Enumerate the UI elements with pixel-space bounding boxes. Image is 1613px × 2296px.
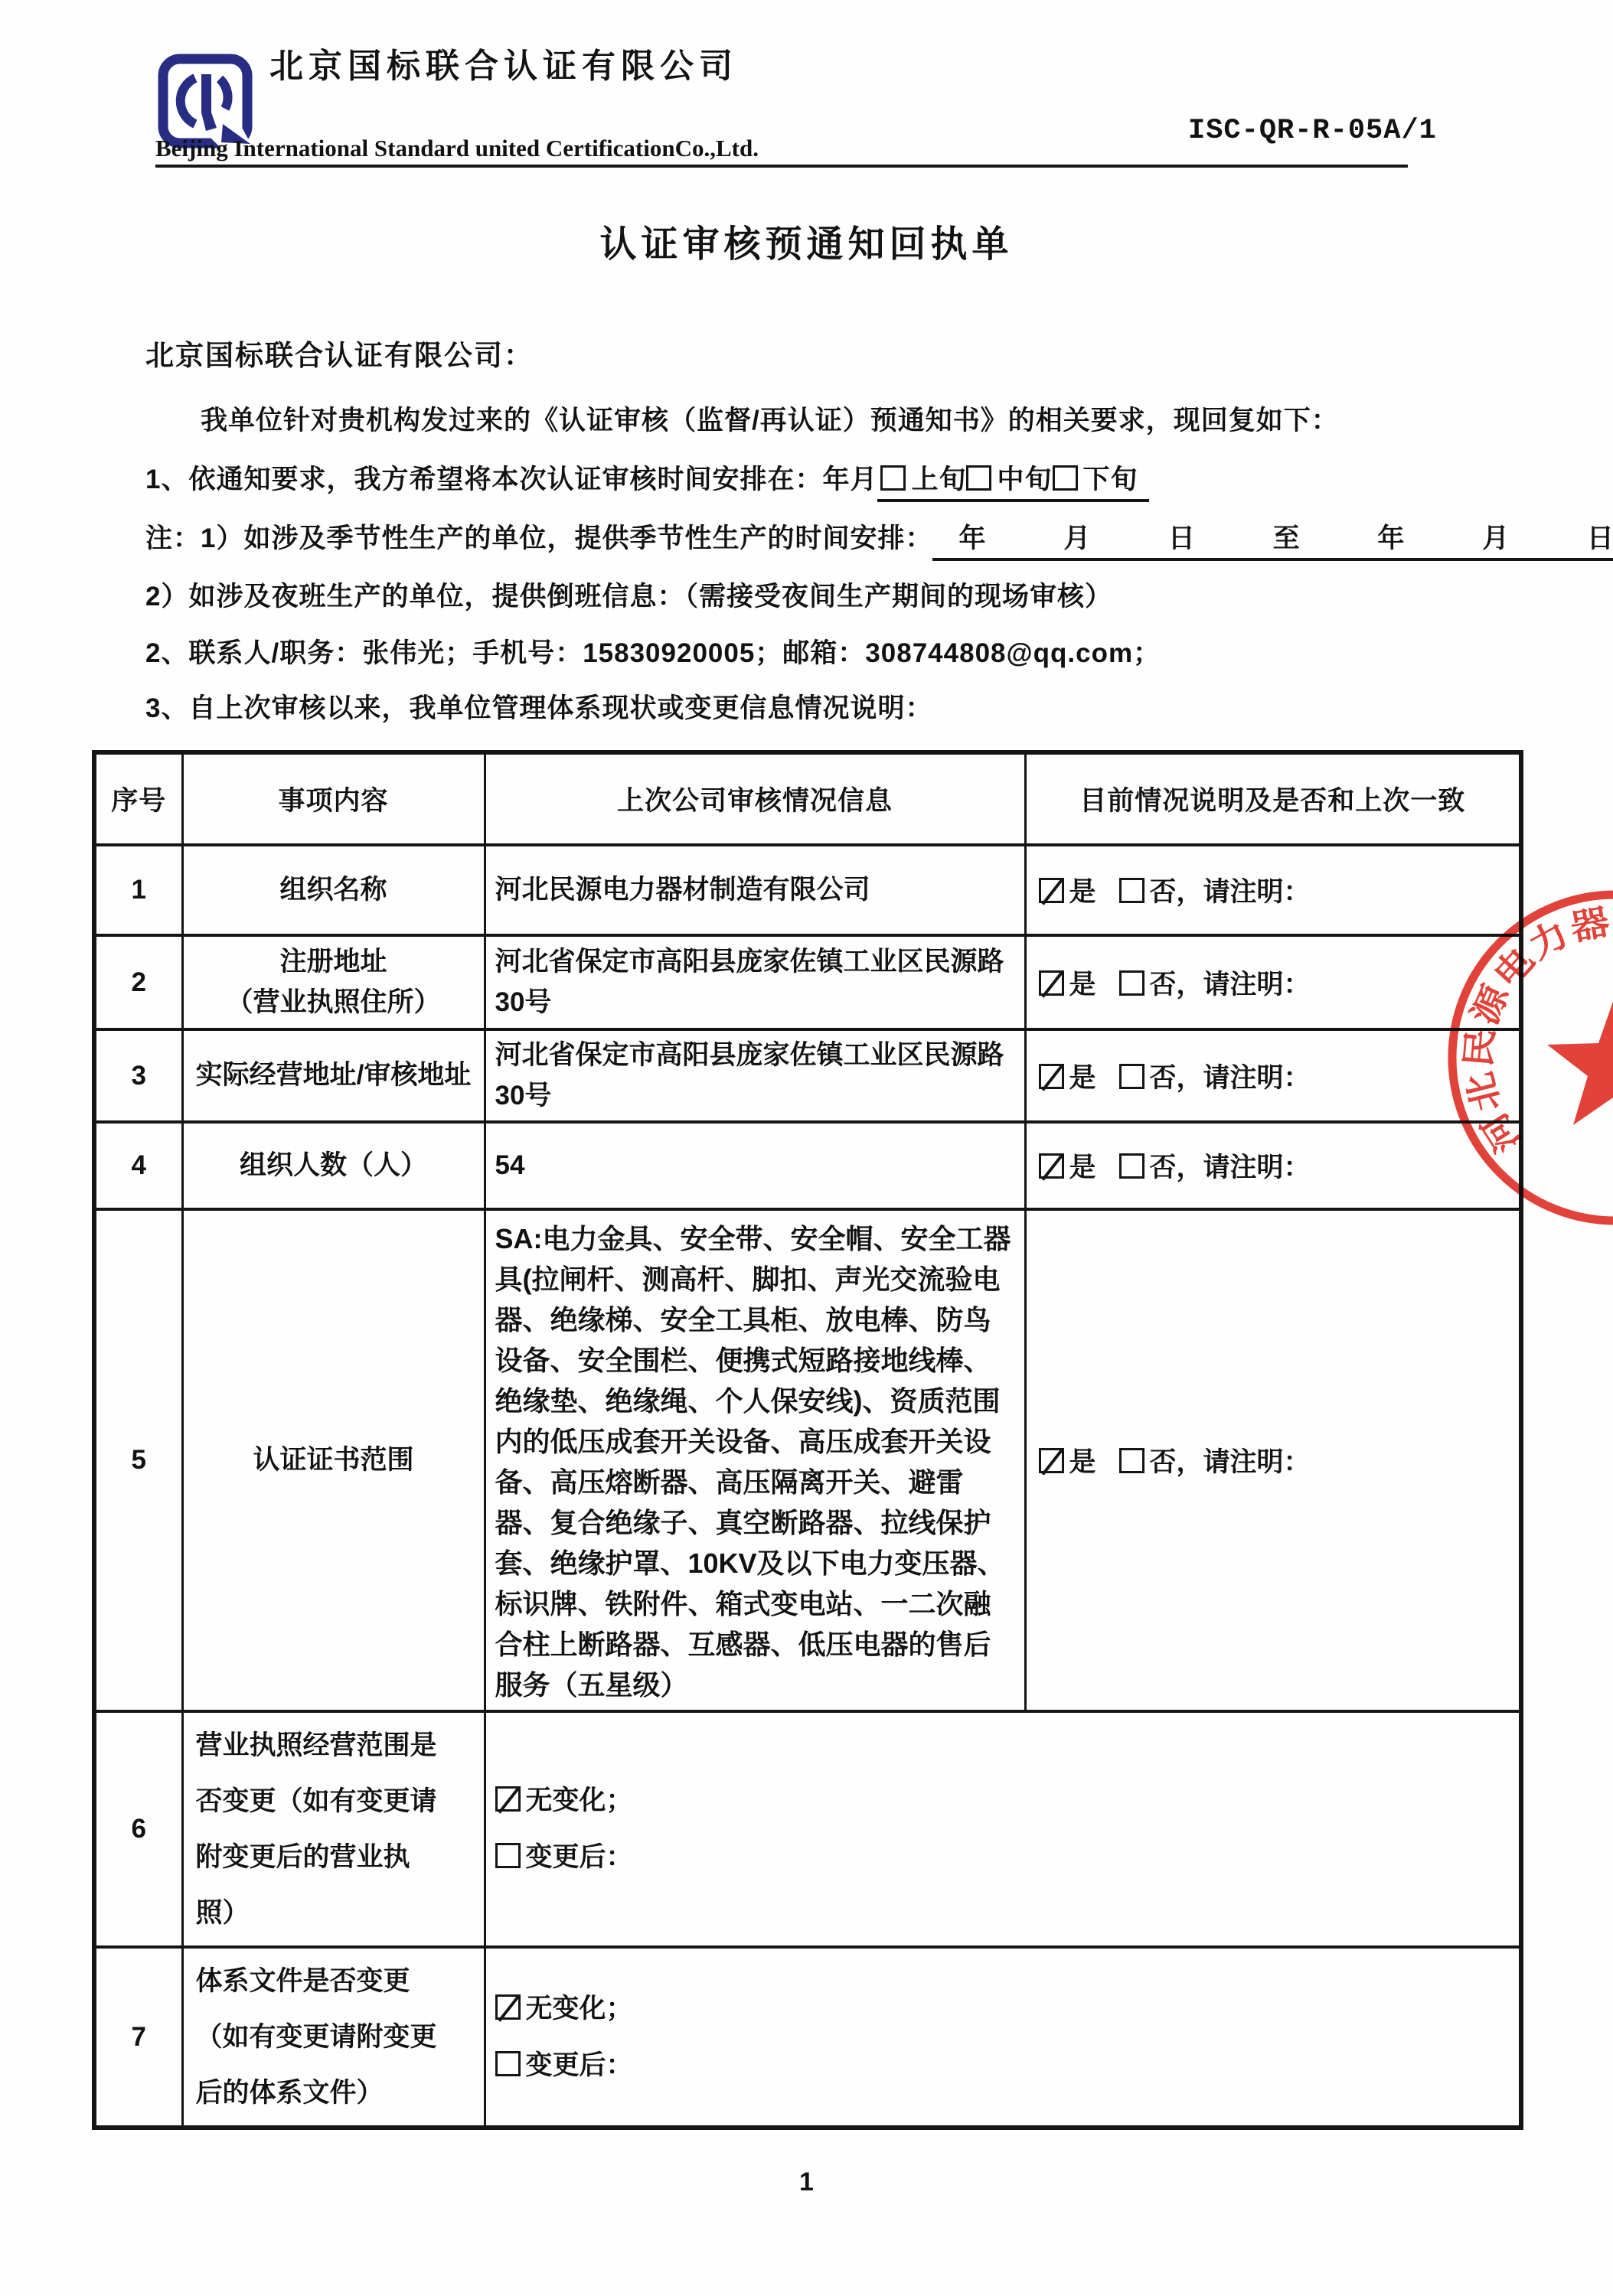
row-item: 注册地址 （营业执照住所） [182,935,485,1029]
row-seq: 3 [94,1029,182,1122]
header-seq: 序号 [94,752,182,845]
salutation: 北京国标联合认证有限公司： [145,332,534,373]
schedule-early-checkbox[interactable] [880,465,906,491]
row-seq: 6 [94,1711,182,1947]
note-line-2: 2）如涉及夜班生产的单位，提供倒班信息：（需接受夜间生产期间的现场审核） [145,576,1477,614]
row-seq: 2 [94,935,182,1029]
no-change-row: 无变化； [495,1992,1510,2026]
schedule-mid-checkbox[interactable] [966,465,991,491]
changed-row: 变更后： [495,1841,1510,1874]
no-label: 否，请注明： [1150,877,1311,907]
no-change-row: 无变化； [495,1784,1510,1818]
changed-checkbox[interactable] [495,1843,521,1868]
row-item: 实际经营地址/审核地址 [182,1029,485,1122]
page-title: 认证审核预通知回执单 [0,214,1613,267]
schedule-late-checkbox[interactable] [1053,465,1078,491]
yes-label: 是 [1069,1063,1096,1093]
yes-label: 是 [1069,970,1096,1000]
yes-checkbox[interactable] [1039,970,1064,996]
header-item: 事项内容 [182,752,485,845]
table-header-row: 序号 事项内容 上次公司审核情况信息 目前情况说明及是否和上次一致 [94,752,1521,845]
audit-info-table: 序号 事项内容 上次公司审核情况信息 目前情况说明及是否和上次一致 1 组织名称… [92,750,1523,2130]
table-row: 2 注册地址 （营业执照住所） 河北省保定市高阳县庞家佐镇工业区民源路30号 是… [94,935,1521,1029]
company-name-en: Beijing International Standard united Ce… [155,135,759,162]
schedule-late-label: 下旬 [1083,465,1138,494]
note-line-1: 注：1）如涉及季节性生产的单位，提供季节性生产的时间安排：年 月 日 至 年 月… [145,517,1477,556]
row-seq: 5 [94,1209,182,1711]
season-dates-blank[interactable]: 年 月 日 至 年 月 日 [932,523,1613,561]
schedule-mid-label: 中旬 [997,465,1052,494]
row-info: SA:电力金具、安全带、安全帽、安全工器具(拉闸杆、测高杆、脚扣、声光交流验电器… [485,1209,1025,1711]
no-checkbox[interactable] [1119,1064,1144,1089]
no-change-label: 无变化； [526,1994,633,2024]
header-last-audit: 上次公司审核情况信息 [485,752,1025,845]
document-page: 北京国标联合认证有限公司 Beijing International Stand… [0,0,1613,2296]
yes-checkbox[interactable] [1039,1153,1064,1179]
row-info: 54 [485,1122,1025,1209]
note1-prefix: 注：1）如涉及季节性生产的单位，提供季节性生产的时间安排： [145,523,932,553]
yes-checkbox[interactable] [1039,1064,1064,1089]
changed-row: 变更后： [495,2049,1510,2082]
no-checkbox[interactable] [1119,1153,1144,1179]
no-label: 否，请注明： [1150,970,1311,1000]
row-item: 营业执照经营范围是 否变更（如有变更请 附变更后的营业执 照） [182,1711,485,1947]
schedule-prefix: 1、依通知要求，我方希望将本次认证审核时间安排在：年月 [145,465,877,494]
contact-line: 2、联系人/职务：张伟光；手机号：15830920005；邮箱：30874480… [145,632,1477,670]
yes-checkbox[interactable] [1039,1448,1064,1473]
no-checkbox[interactable] [1119,1448,1144,1473]
change-status-line: 3、自上次审核以来，我单位管理体系现状或变更信息情况说明： [145,687,1477,726]
row-info: 河北省保定市高阳县庞家佐镇工业区民源路30号 [485,1029,1025,1122]
table-row: 7 体系文件是否变更 （如有变更请附变更 后的体系文件） 无变化； 变更后： [94,1947,1521,2128]
changed-label: 变更后： [526,1842,633,1872]
yes-label: 是 [1069,1447,1096,1477]
no-label: 否，请注明： [1150,1153,1311,1182]
no-change-label: 无变化； [526,1786,633,1815]
page-number: 1 [0,2167,1613,2197]
row-change-status: 无变化； 变更后： [485,1711,1521,1947]
row-info: 河北民源电力器材制造有限公司 [485,845,1025,935]
table-row: 4 组织人数（人） 54 是否，请注明： [94,1122,1521,1209]
no-label: 否，请注明： [1150,1447,1311,1477]
yes-label: 是 [1069,877,1096,907]
row-seq: 7 [94,1947,182,2128]
row-info: 河北省保定市高阳县庞家佐镇工业区民源路30号 [485,935,1025,1029]
header-divider [155,165,1408,168]
company-stamp: 河北民源电力器材制造有限公司 1304 [1439,882,1613,1234]
row-item: 组织人数（人） [182,1122,485,1209]
row-seq: 1 [94,845,182,935]
header-current-status: 目前情况说明及是否和上次一致 [1025,752,1521,845]
table-row: 5 认证证书范围 SA:电力金具、安全带、安全帽、安全工器具(拉闸杆、测高杆、脚… [94,1209,1521,1711]
table-row: 1 组织名称 河北民源电力器材制造有限公司 是否，请注明： [94,845,1521,935]
company-name-cn: 北京国标联合认证有限公司 [269,38,738,87]
intro-paragraph: 我单位针对贵机构发过来的《认证审核（监督/再认证）预通知书》的相关要求，现回复如… [145,400,1477,438]
table-row: 6 营业执照经营范围是 否变更（如有变更请 附变更后的营业执 照） 无变化； 变… [94,1711,1521,1947]
changed-label: 变更后： [526,2050,633,2080]
schedule-early-label: 上旬 [911,465,966,494]
doc-code: ISC-QR-R-05A/1 [1188,115,1437,147]
no-checkbox[interactable] [1119,970,1144,996]
row-seq: 4 [94,1122,182,1209]
row-change-status: 无变化； 变更后： [485,1947,1521,2128]
no-change-checkbox[interactable] [495,1994,521,2020]
row-item: 体系文件是否变更 （如有变更请附变更 后的体系文件） [182,1947,485,2128]
row-status: 是否，请注明： [1025,1209,1521,1711]
schedule-line: 1、依通知要求，我方希望将本次认证审核时间安排在：年月上旬中旬下旬 [145,458,1477,497]
no-label: 否，请注明： [1150,1063,1311,1093]
table-row: 3 实际经营地址/审核地址 河北省保定市高阳县庞家佐镇工业区民源路30号 是否，… [94,1029,1521,1122]
stamp-star-icon [1547,995,1613,1125]
yes-checkbox[interactable] [1039,878,1064,903]
no-checkbox[interactable] [1119,878,1144,903]
row-item: 组织名称 [182,845,485,935]
stamp-company-text: 河北民源电力器材制造有限公司 [1458,901,1613,1159]
yes-label: 是 [1069,1153,1096,1182]
no-change-checkbox[interactable] [495,1786,521,1812]
row-item: 认证证书范围 [182,1209,485,1711]
schedule-options-blank: 上旬中旬下旬 [877,465,1148,502]
changed-checkbox[interactable] [495,2051,521,2076]
